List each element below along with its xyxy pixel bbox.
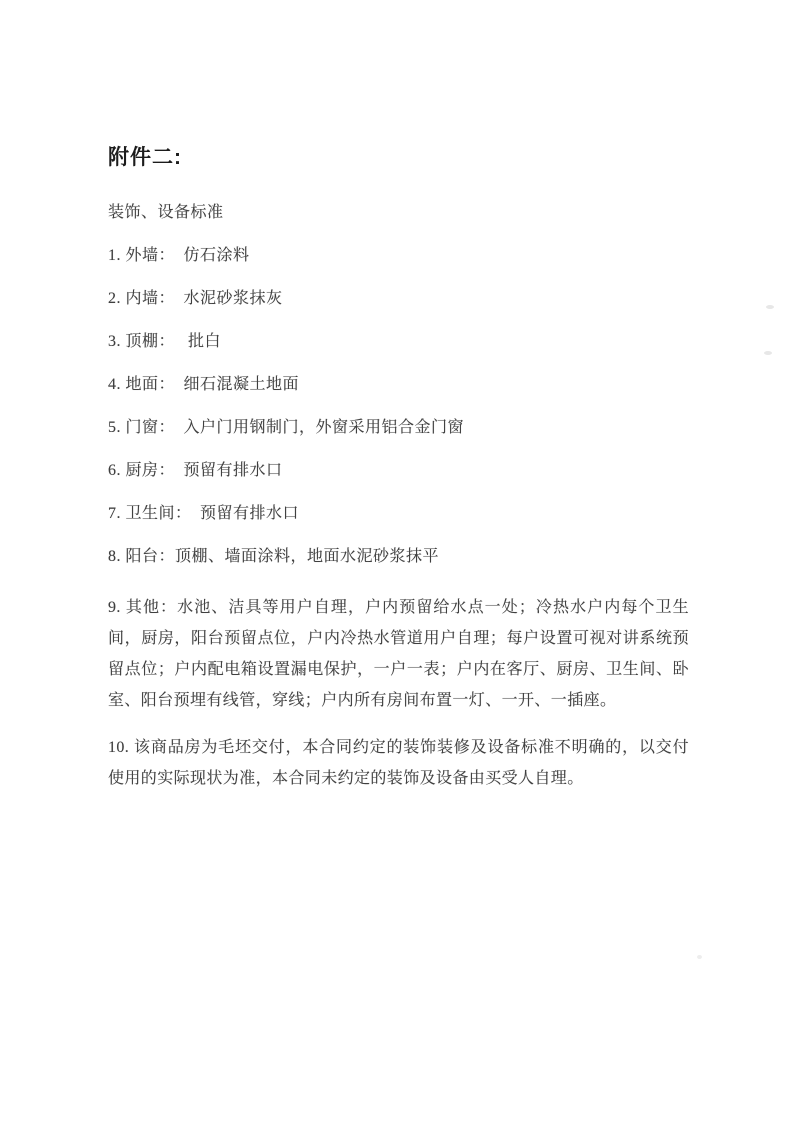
document-page: 附件二: 装饰、设备标准 1. 外墙： 仿石涂料 2. 内墙： 水泥砂浆抹灰 3…	[108, 146, 689, 794]
paragraph-delivery-condition: 10. 该商品房为毛坯交付，本合同约定的装饰装修及设备标准不明确的，以交付使用的…	[108, 732, 689, 794]
standards-subtitle: 装饰、设备标准	[108, 202, 689, 224]
scan-speck	[764, 351, 772, 355]
scan-speck	[697, 955, 702, 959]
list-item-ceiling: 3. 顶棚： 批白	[108, 331, 689, 353]
scan-speck	[766, 305, 774, 309]
attachment-title: 附件二:	[108, 146, 689, 170]
list-item-exterior-wall: 1. 外墙： 仿石涂料	[108, 245, 689, 267]
list-item-bathroom: 7. 卫生间： 预留有排水口	[108, 503, 689, 525]
list-item-kitchen: 6. 厨房： 预留有排水口	[108, 460, 689, 482]
list-item-interior-wall: 2. 内墙： 水泥砂浆抹灰	[108, 288, 689, 310]
list-item-doors-windows: 5. 门窗： 入户门用钢制门，外窗采用铝合金门窗	[108, 417, 689, 439]
list-item-floor: 4. 地面： 细石混凝土地面	[108, 374, 689, 396]
list-item-balcony: 8. 阳台：顶棚、墙面涂料，地面水泥砂浆抹平	[108, 546, 689, 568]
paragraph-other-provisions: 9. 其他：水池、洁具等用户自理，户内预留给水点一处；冷热水户内每个卫生间，厨房…	[108, 592, 689, 716]
